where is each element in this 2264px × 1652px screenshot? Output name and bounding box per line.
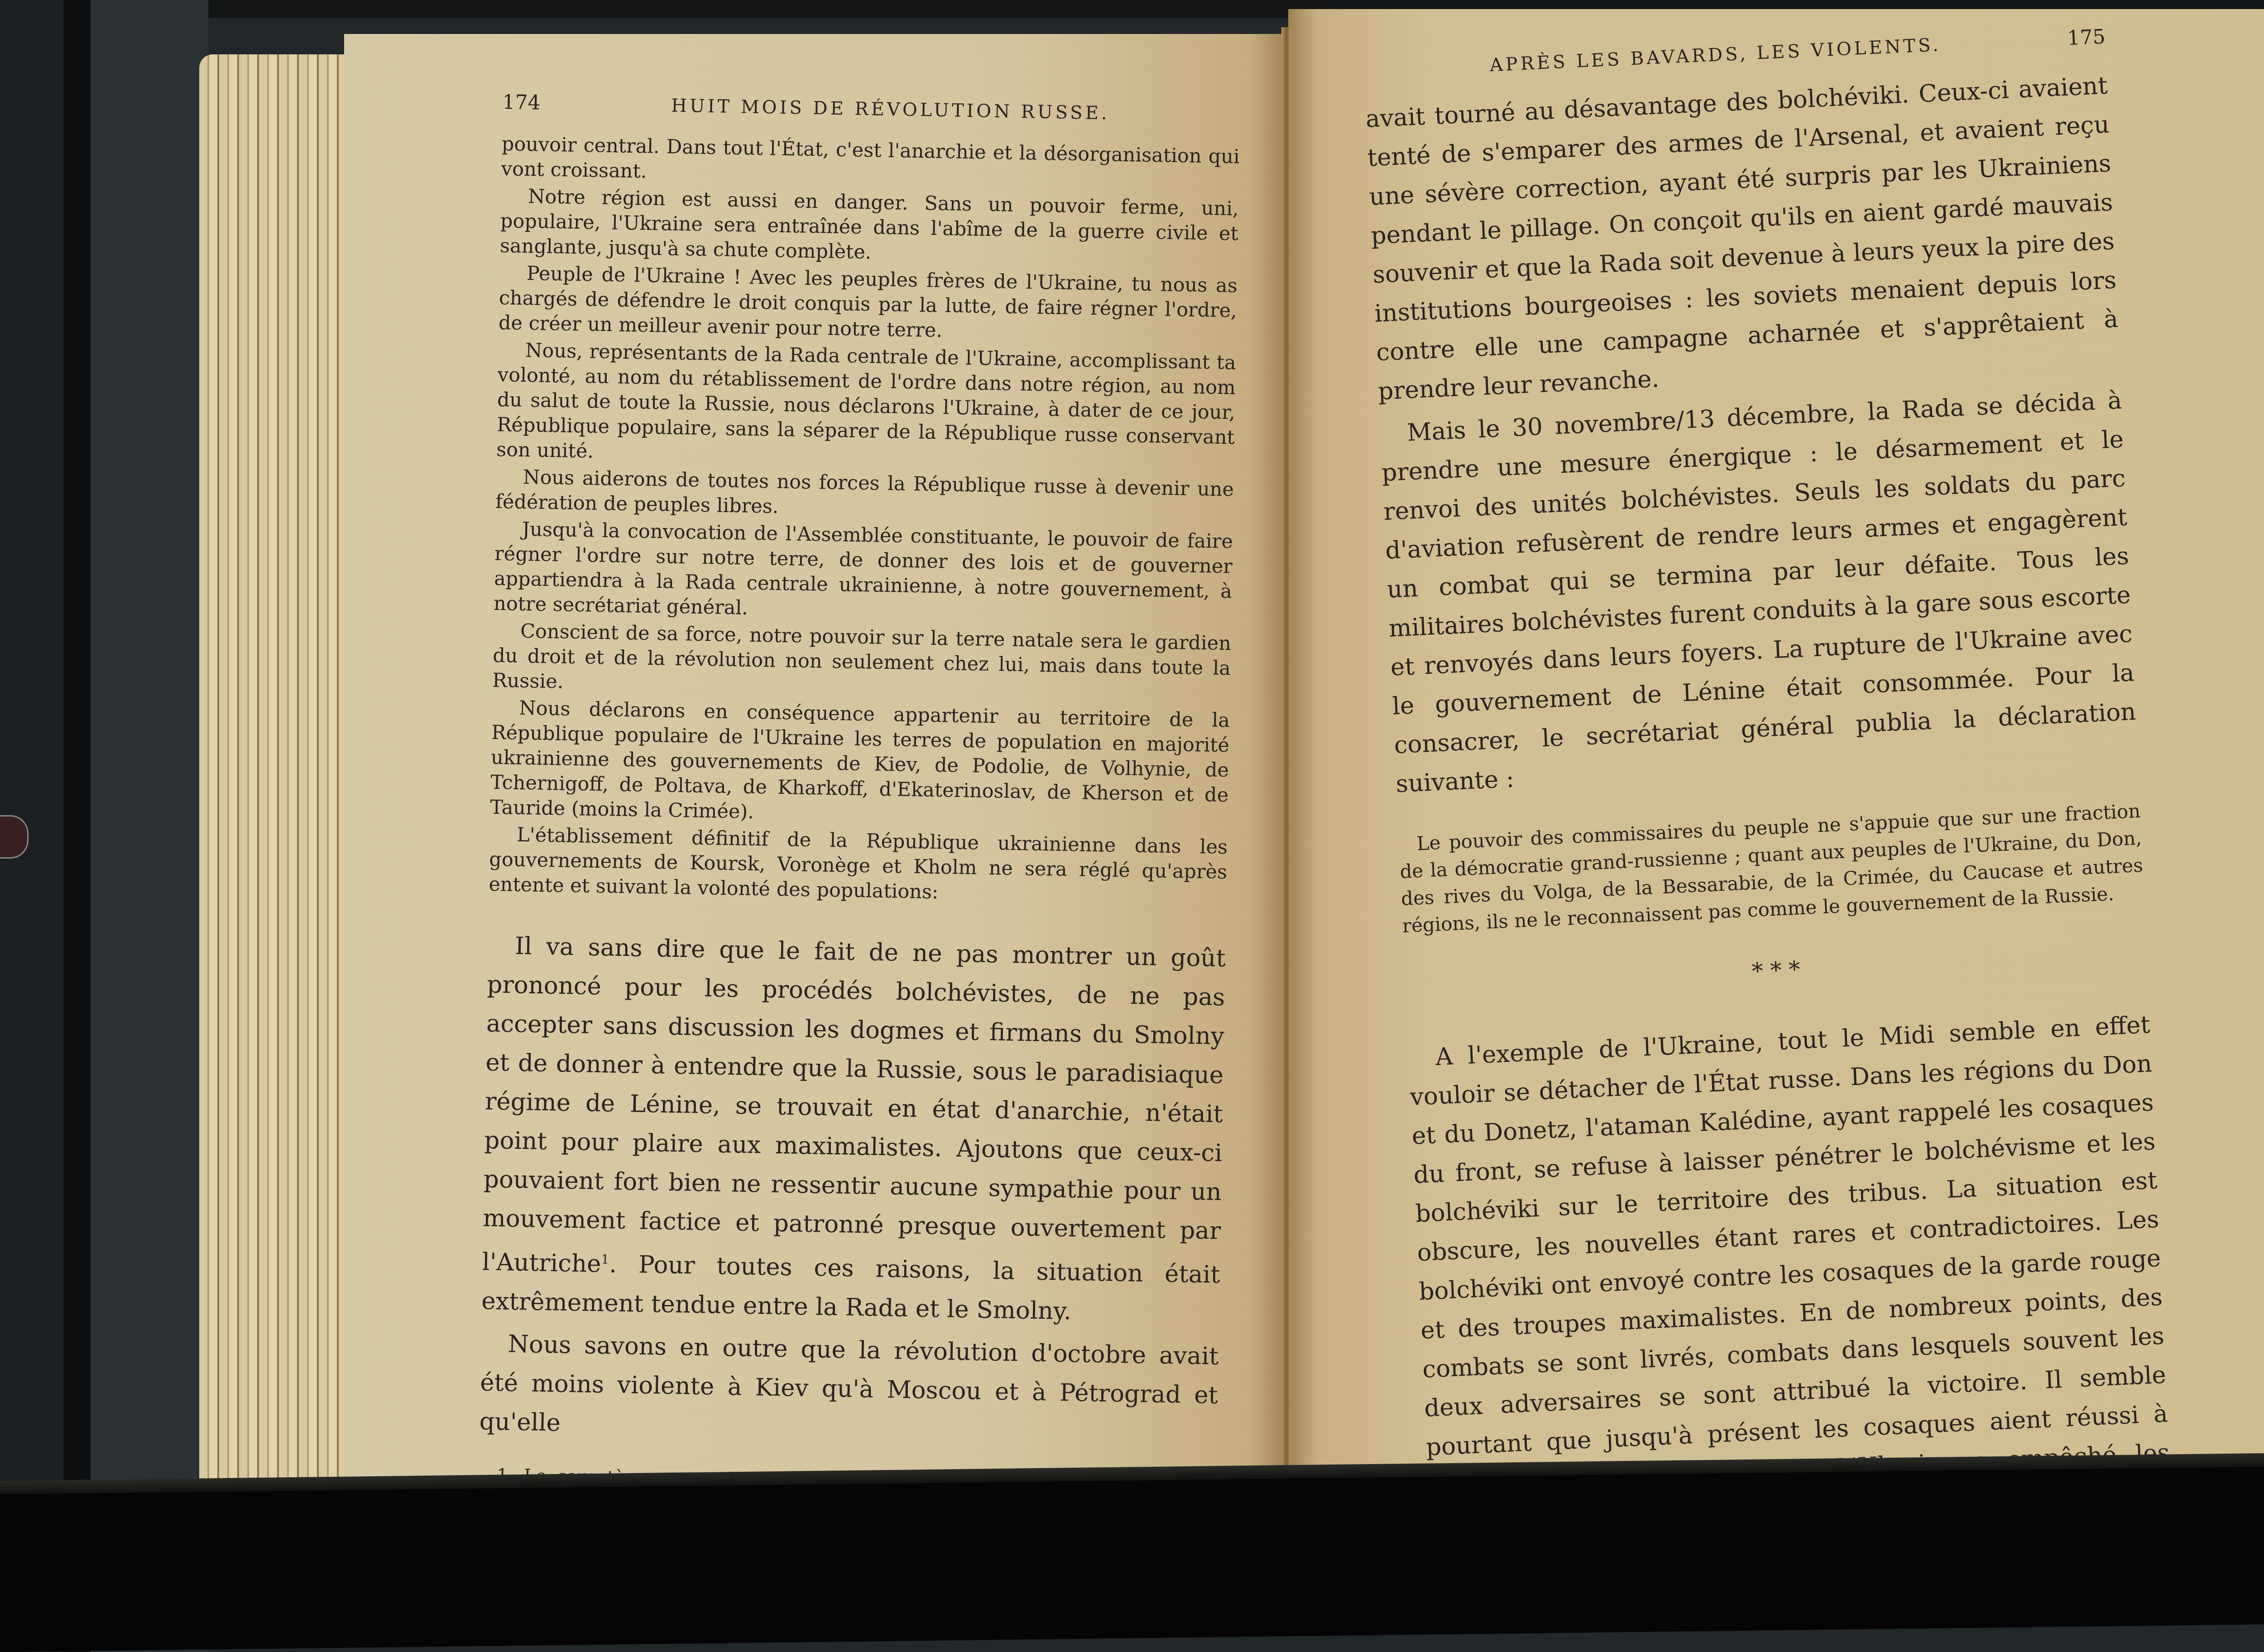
quote-paragraph: L'établissement définitif de la Républiq… [489, 822, 1228, 910]
page-number-left: 174 [502, 91, 541, 114]
body-text-left: Il va sans dire que le fait de ne pas mo… [479, 927, 1226, 1454]
quote-paragraph: Jusqu'à la convocation de l'Assemblée co… [494, 517, 1233, 629]
quote-paragraph: Nous déclarons en conséquence appartenir… [490, 696, 1230, 833]
quote-paragraph: Nous aiderons de toutes nos forces la Ré… [495, 465, 1234, 527]
body-paragraph: Nous savons en outre que la révolution d… [479, 1324, 1219, 1454]
left-page-text: 174 HUIT MOIS DE RÉVOLUTION RUSSE. pouvo… [477, 91, 1241, 1567]
declaration-quote: Le pouvoir des commissaires du peuple ne… [1398, 797, 2144, 940]
quote-paragraph: Peuple de l'Ukraine ! Avec les peuples f… [499, 261, 1238, 348]
section-break-asterism: * * * [1405, 947, 2147, 994]
case-left-groove [63, 0, 91, 1652]
case-bottom-bar [0, 1464, 2264, 1652]
page-number-right: 175 [2067, 25, 2106, 50]
body-paragraph-text: Il va sans dire que le fait de ne pas mo… [482, 932, 1226, 1278]
case-left-panel [91, 0, 208, 1652]
right-page-text: APRÈS LES BAVARDS, LES VIOLENTS. 175 ava… [1363, 25, 2176, 1630]
quoted-proclamation: pouvoir central. Dans tout l'État, c'est… [489, 132, 1240, 910]
body-paragraph: Mais le 30 novembre/13 décembre, la Rada… [1379, 381, 2139, 804]
quote-paragraph: Nous, représentants de la Rada centrale … [496, 338, 1237, 475]
body-paragraph: avait tourné au désavantage des bolchévi… [1365, 67, 2121, 412]
quote-paragraph: pouvoir central. Dans tout l'État, c'est… [501, 132, 1240, 194]
left-page-stack [199, 54, 349, 1503]
case-notch [0, 815, 29, 859]
declaration-text: Le pouvoir des commissaires du peuple ne… [1398, 797, 2144, 940]
body-text-right-top: avait tourné au désavantage des bolchévi… [1365, 67, 2139, 804]
body-paragraph: Il va sans dire que le fait de ne pas mo… [481, 927, 1226, 1334]
quote-paragraph: Notre région est aussi en danger. Sans u… [500, 184, 1239, 271]
book-gutter [1281, 27, 1291, 1499]
footnote-ref[interactable]: 1 [601, 1252, 609, 1267]
quote-paragraph: Conscient de sa force, notre pouvoir sur… [492, 619, 1232, 706]
